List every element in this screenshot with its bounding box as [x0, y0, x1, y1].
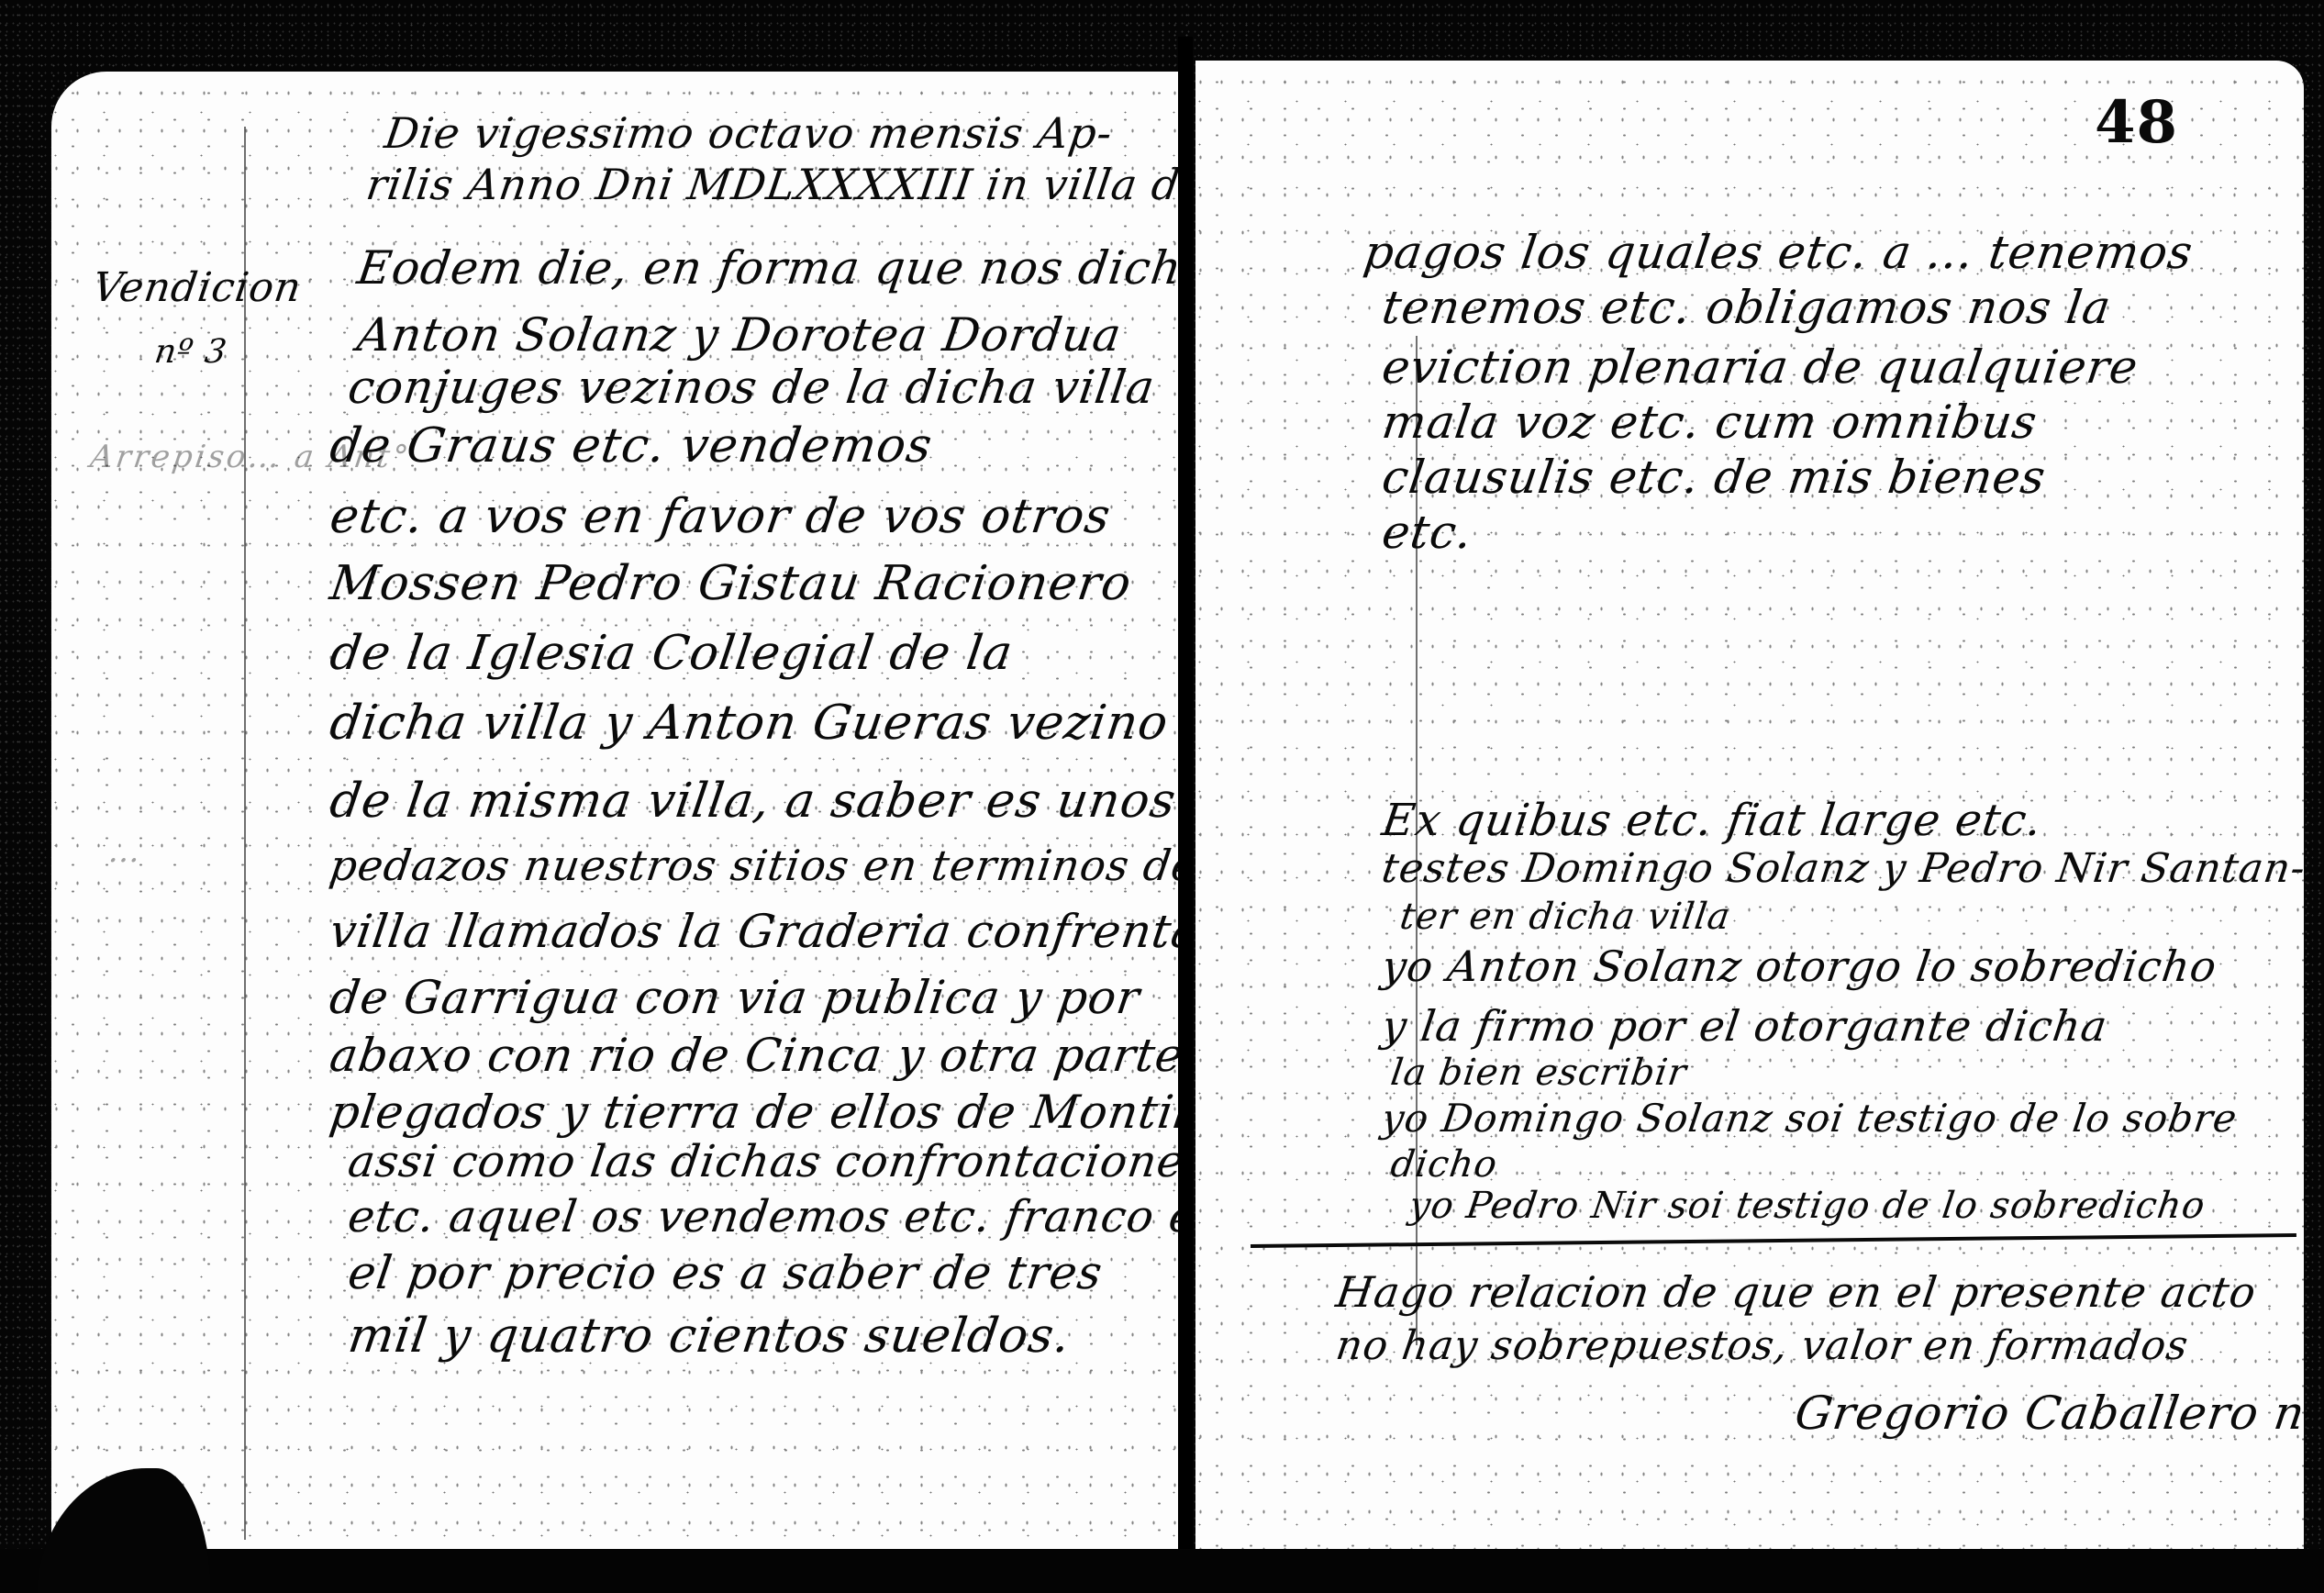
text-line: etc. a vos en favor de vos otros	[327, 489, 1114, 544]
text-line: conjuges vezinos de la dicha villa	[345, 361, 1158, 414]
text-line: dicho	[1388, 1143, 1500, 1186]
text-line: mil y quatro cientos sueldos.	[345, 1309, 1074, 1364]
scan-bottom-border	[0, 1549, 2324, 1593]
margin-rule	[244, 127, 246, 1540]
text-line: assi como las dichas confrontaciones	[345, 1136, 1182, 1187]
text-line: testes Domingo Solanz y Pedro Nir Santan…	[1379, 845, 2304, 892]
text-line: Ex quibus etc. fiat large etc.	[1379, 795, 2045, 846]
text-line: dicha villa y Anton Gueras vezino	[327, 696, 1172, 751]
notary-note-line: Hago relacion de que en el presente acto	[1333, 1267, 2260, 1317]
text-line: ter en dicha villa	[1397, 896, 1733, 938]
text-line: mala voz etc. cum omnibus	[1379, 395, 2040, 449]
text-line: eviction plenaria de qualquiere	[1379, 340, 2141, 394]
text-line: pagos los quales etc. a ... tenemos	[1361, 226, 2196, 279]
text-line: villa llamados la Graderia confrenta	[327, 905, 1182, 958]
text-line: etc. aquel os vendemos etc. franco etc.	[345, 1191, 1182, 1242]
text-line: yo Pedro Nir soi testigo de lo sobredich…	[1407, 1185, 2208, 1227]
text-line: yo Anton Solanz otorgo lo sobredicho	[1379, 941, 2220, 991]
right-page: 48 pagos los quales etc. a ... tenemos t…	[1195, 61, 2304, 1549]
text-line: Anton Solanz y Dorotea Dordua	[354, 308, 1125, 362]
notary-signature: Gregorio Caballero notario	[1792, 1387, 2304, 1440]
book-gutter	[1178, 37, 1193, 1593]
text-line: plegados y tierra de ellos de Montillo,	[327, 1086, 1182, 1139]
text-line: rilis Anno Dni MDLXXXXIII in villa de Ca…	[363, 160, 1182, 209]
text-line: de Garrigua con via publica y por	[327, 971, 1143, 1024]
section-divider-line	[1251, 1233, 2296, 1248]
text-line: el por precio es a saber de tres	[345, 1246, 1106, 1299]
text-line: yo Domingo Solanz soi testigo de lo sobr…	[1379, 1096, 2241, 1141]
margin-note-vendicion: Vendicion	[90, 264, 305, 311]
text-line: de Graus etc. vendemos	[327, 418, 936, 473]
text-line: abaxo con rio de Cinca y otra parte	[327, 1029, 1182, 1082]
text-line: Eodem die, en forma que nos dichos	[354, 241, 1182, 295]
text-line: etc.	[1379, 506, 1476, 559]
text-line: y la firmo por el otorgante dicha	[1379, 1001, 2111, 1051]
page-number: 48	[2095, 88, 2178, 157]
text-line: pedazos nuestros sitios en terminos de d…	[327, 841, 1182, 890]
margin-note-number: nº 3	[152, 333, 229, 371]
text-line: de la Iglesia Collegial de la	[327, 626, 1017, 681]
text-line: de la misma villa, a saber es unos	[327, 774, 1180, 829]
text-line: la bien escribir	[1388, 1052, 1689, 1094]
text-line: clausulis etc. de mis bienes	[1379, 451, 2050, 504]
margin-note-faint-2: …	[106, 833, 146, 870]
left-page: Vendicion nº 3 Arrepiso… a Ant° … Die vi…	[51, 72, 1182, 1551]
text-line: Die vigessimo octavo mensis Ap-	[382, 108, 1116, 158]
text-line: Mossen Pedro Gistau Racionero	[327, 556, 1135, 611]
text-line: tenemos etc. obligamos nos la	[1379, 281, 2115, 334]
notary-note-line: no hay sobrepuestos, valor en formados	[1333, 1322, 2192, 1369]
